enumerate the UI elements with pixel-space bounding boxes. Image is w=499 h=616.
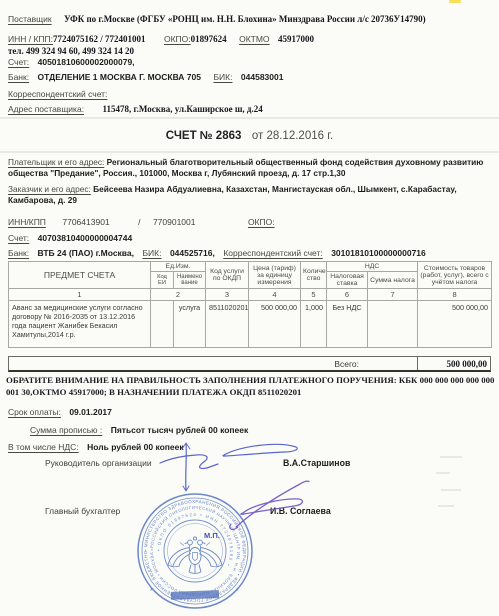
column-number-row: 1 2 3 4 5 6 7 8 [9, 289, 492, 301]
invoice-document: Поставщик УФК по г.Москве (ФГБУ «РОНЦ им… [0, 0, 499, 616]
customer-label: Заказчик и его адрес: [8, 184, 91, 194]
col-vatsum-header: Сумма налога [368, 272, 418, 289]
director-name: В.А.Старшинов [283, 453, 350, 471]
invoice-title: СЧЕТ № 2863 от 28.12.2016 г. [0, 126, 499, 144]
item-unit-code [151, 301, 174, 348]
payer-bik-label: БИК: [142, 248, 161, 258]
vat-words-value: Ноль рублей 00 копеек [87, 442, 184, 452]
payer-account-label: Счет: [8, 233, 29, 243]
vat-words-label: В том числе НДС: [8, 442, 79, 452]
supplier-label: Поставщик [8, 14, 52, 24]
supplier-line: Поставщик УФК по г.Москве (ФГБУ «РОНЦ им… [8, 9, 426, 27]
scan-speck [449, 0, 461, 3]
col-vatrate-header: Налоговая ставка [327, 272, 368, 289]
item-unit-name: услуга [174, 301, 206, 348]
payer-corr-value: 30101810100000000716 [331, 248, 426, 258]
supplier-bank-label: Банк: [8, 72, 29, 82]
col-unitcode-header: Код ЕИ [151, 272, 174, 289]
col-unitname-header: Наимено вание [174, 272, 206, 289]
due-date-line: Срок оплаты: 09.01.2017 [8, 402, 112, 420]
stamp-ring-inner-text: • ОКПО 01897624 • ИНН 7724075162 • [156, 512, 234, 568]
supplier-bank-line: Банк: ОТДЕЛЕНИЕ 1 МОСКВА Г. МОСКВА 705 Б… [8, 67, 283, 85]
colnum-6: 6 [327, 289, 368, 301]
payer-bank-label: Банк: [8, 248, 29, 258]
supplier-oktmo-value: 45917000 [278, 34, 314, 44]
supplier-okpo-label: ОКПО: [164, 34, 191, 44]
payer-slash: / [138, 217, 140, 227]
stamp-hatch-band [171, 590, 219, 600]
colnum-5: 5 [301, 289, 327, 301]
invoice-date: от 28.12.2016 г. [252, 130, 333, 142]
supplier-oktmo-label: ОКТМО [239, 34, 269, 44]
stamp-star-right: * [236, 588, 239, 595]
table-header-row-1: ПРЕДМЕТ СЧЕТА Ед.Изм. Код услуги по ОКДП… [9, 262, 492, 272]
payment-warning: ОБРАТИТЕ ВНИМАНИЕ НА ПРАВИЛЬНОСТЬ ЗАПОЛН… [6, 375, 496, 398]
grand-total-value: 500 000,00 [417, 357, 490, 370]
due-date-value: 09.01.2017 [69, 407, 112, 417]
supplier-account-label: Счет: [8, 57, 29, 67]
grand-total-row: Всего: 500 000,00 [8, 356, 491, 372]
director-title: Руководитель организации [45, 453, 152, 471]
supplier-okpo-value: 01897624 [191, 34, 227, 44]
col-vat-header: НДС [327, 262, 418, 272]
supplier-address-value: 115478, г.Москва, ул.Каширское ш, д.24 [103, 104, 263, 114]
stamp-eagle-emblem [168, 537, 222, 574]
col-subject-header: ПРЕДМЕТ СЧЕТА [9, 262, 151, 289]
payer-bik-value: 044525716, [170, 248, 215, 258]
supplier-address-label: Адрес поставщика: [8, 104, 84, 114]
accountant-name: И.В. Соглаева [270, 501, 331, 519]
supplier-address-line: Адрес поставщика: 115478, г.Москва, ул.К… [8, 99, 263, 117]
divider [0, 117, 499, 119]
amount-words-value: Пятьсот тысяч рублей 00 копеек [111, 425, 249, 435]
item-vat-sum [368, 301, 418, 348]
scan-artifact [436, 472, 450, 474]
payer-bank-value: ВТБ 24 (ПАО) г.Москва, [38, 248, 134, 258]
scan-artifact [438, 505, 454, 507]
items-table: ПРЕДМЕТ СЧЕТА Ед.Изм. Код услуги по ОКДП… [8, 261, 492, 348]
supplier-bank-value: ОТДЕЛЕНИЕ 1 МОСКВА Г. МОСКВА 705 [38, 72, 201, 82]
scan-artifact [441, 489, 461, 491]
item-price: 500 000,00 [249, 301, 301, 348]
item-vat-rate: Без НДС [327, 301, 368, 348]
svg-text:• ОКПО 01897624 • ИНН 77240751: • ОКПО 01897624 • ИНН 7724075162 • [156, 512, 234, 568]
due-date-label: Срок оплаты: [8, 407, 61, 417]
payer-account-value: 40703810400000004744 [38, 233, 133, 243]
colnum-3: 3 [206, 289, 249, 301]
payer-innkpp-label: ИНН/КПП [8, 217, 46, 227]
accountant-title: Главный бухгалтер [45, 501, 120, 519]
payer-paragraph: Плательщик и его адрес: Региональный бла… [8, 157, 496, 179]
divider [0, 151, 499, 153]
stamp-mp-label: М.П. [204, 531, 220, 540]
supplier-name: УФК по г.Москве (ФГБУ «РОНЦ им. Н.Н. Бло… [64, 14, 426, 24]
col-okdp-header: Код услуги по ОКДП [206, 262, 249, 289]
invoice-number: СЧЕТ № 2863 [166, 130, 242, 142]
supplier-bik-value: 044583001 [241, 72, 284, 82]
colnum-2: 2 [151, 289, 206, 301]
colnum-1: 1 [9, 289, 151, 301]
stamp-star-left: * [150, 588, 153, 595]
payer-inn-value: 7706413901 [62, 217, 109, 227]
colnum-8: 8 [418, 289, 492, 301]
amount-words-line: Сумма прописью : Пятьсот тысяч рублей 00… [30, 420, 248, 438]
item-subject: Аванс за медицинские услуги согласно дог… [9, 301, 151, 348]
colnum-7: 7 [368, 289, 418, 301]
colnum-4: 4 [249, 289, 301, 301]
payer-label: Плательщик и его адрес: [8, 157, 104, 167]
item-qty: 1,000 [301, 301, 327, 348]
col-unit-header: Ед.Изм. [151, 262, 206, 272]
supplier-bik-label: БИК: [213, 72, 232, 82]
grand-total-label: Всего: [334, 359, 359, 369]
col-total-header: Стоимость товаров (работ, услуг), всего … [418, 262, 492, 289]
payer-okpo-label: ОКПО: [248, 217, 275, 227]
payer-kpp-value: 770901001 [153, 217, 196, 227]
supplier-account-value: 40501810600002000079, [38, 57, 135, 67]
payer-bank-line: Банк: ВТБ 24 (ПАО) г.Москва, БИК: 044525… [8, 243, 426, 261]
col-price-header: Цена (тариф) за единицу измерения [249, 262, 301, 289]
customer-paragraph: Заказчик и его адрес: Бейсеева Назира Аб… [8, 184, 496, 206]
col-qty-header: Количе ство [301, 262, 327, 289]
scan-artifact [440, 456, 462, 458]
item-row: Аванс за медицинские услуги согласно дог… [9, 301, 492, 348]
supplier-corr-label: Корреспондентский счет: [8, 89, 107, 99]
item-total: 500 000,00 [418, 301, 492, 348]
item-okdp: 8511020201 [206, 301, 249, 348]
amount-words-label: Сумма прописью : [30, 425, 102, 435]
payer-corr-label: Корреспондентский счет: [223, 248, 322, 258]
